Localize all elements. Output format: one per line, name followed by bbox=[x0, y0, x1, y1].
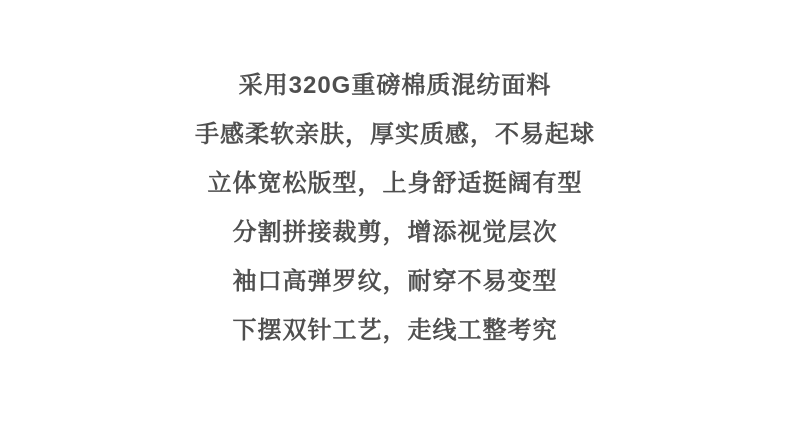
feature-line-hem: 下摆双针工艺，走线工整考究 bbox=[0, 306, 790, 355]
feature-line-fabric: 采用320G重磅棉质混纺面料 bbox=[0, 61, 790, 110]
feature-line-fit: 立体宽松版型，上身舒适挺阔有型 bbox=[0, 159, 790, 208]
feature-line-cuff: 袖口高弹罗纹，耐穿不易变型 bbox=[0, 257, 790, 306]
feature-line-feel: 手感柔软亲肤，厚实质感，不易起球 bbox=[0, 110, 790, 159]
product-feature-panel: 采用320G重磅棉质混纺面料 手感柔软亲肤，厚实质感，不易起球 立体宽松版型，上… bbox=[0, 0, 790, 436]
feature-line-cut: 分割拼接裁剪，增添视觉层次 bbox=[0, 208, 790, 257]
